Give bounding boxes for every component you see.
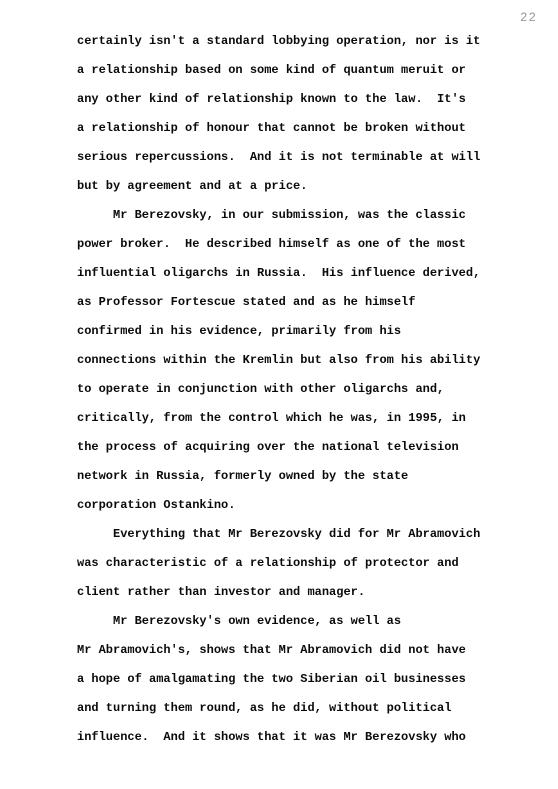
text-line: serious repercussions. And it is not ter… (77, 143, 538, 172)
text-line: was characteristic of a relationship of … (77, 549, 538, 578)
transcript-lines: certainly isn't a standard lobbying oper… (77, 27, 538, 752)
text-line: and turning them round, as he did, witho… (77, 694, 538, 723)
text-line: Mr Berezovsky's own evidence, as well as (77, 607, 538, 636)
text-line: Mr Berezovsky, in our submission, was th… (77, 201, 538, 230)
text-line: critically, from the control which he wa… (77, 404, 538, 433)
text-line: connections within the Kremlin but also … (77, 346, 538, 375)
text-line: a relationship based on some kind of qua… (77, 56, 538, 85)
text-line: to operate in conjunction with other oli… (77, 375, 538, 404)
text-line: but by agreement and at a price. (77, 172, 538, 201)
text-line: Everything that Mr Berezovsky did for Mr… (77, 520, 538, 549)
text-line: certainly isn't a standard lobbying oper… (77, 27, 538, 56)
text-line: client rather than investor and manager. (77, 578, 538, 607)
text-line: power broker. He described himself as on… (77, 230, 538, 259)
text-line: corporation Ostankino. (77, 491, 538, 520)
transcript-page: 22 certainly isn't a standard lobbying o… (0, 0, 558, 789)
text-line: a hope of amalgamating the two Siberian … (77, 665, 538, 694)
text-line: confirmed in his evidence, primarily fro… (77, 317, 538, 346)
text-line: influential oligarchs in Russia. His inf… (77, 259, 538, 288)
text-line: as Professor Fortescue stated and as he … (77, 288, 538, 317)
text-line: network in Russia, formerly owned by the… (77, 462, 538, 491)
text-line: influence. And it shows that it was Mr B… (77, 723, 538, 752)
page-number: 22 (520, 11, 537, 25)
text-line: the process of acquiring over the nation… (77, 433, 538, 462)
text-line: a relationship of honour that cannot be … (77, 114, 538, 143)
text-line: any other kind of relationship known to … (77, 85, 538, 114)
text-line: Mr Abramovich's, shows that Mr Abramovic… (77, 636, 538, 665)
